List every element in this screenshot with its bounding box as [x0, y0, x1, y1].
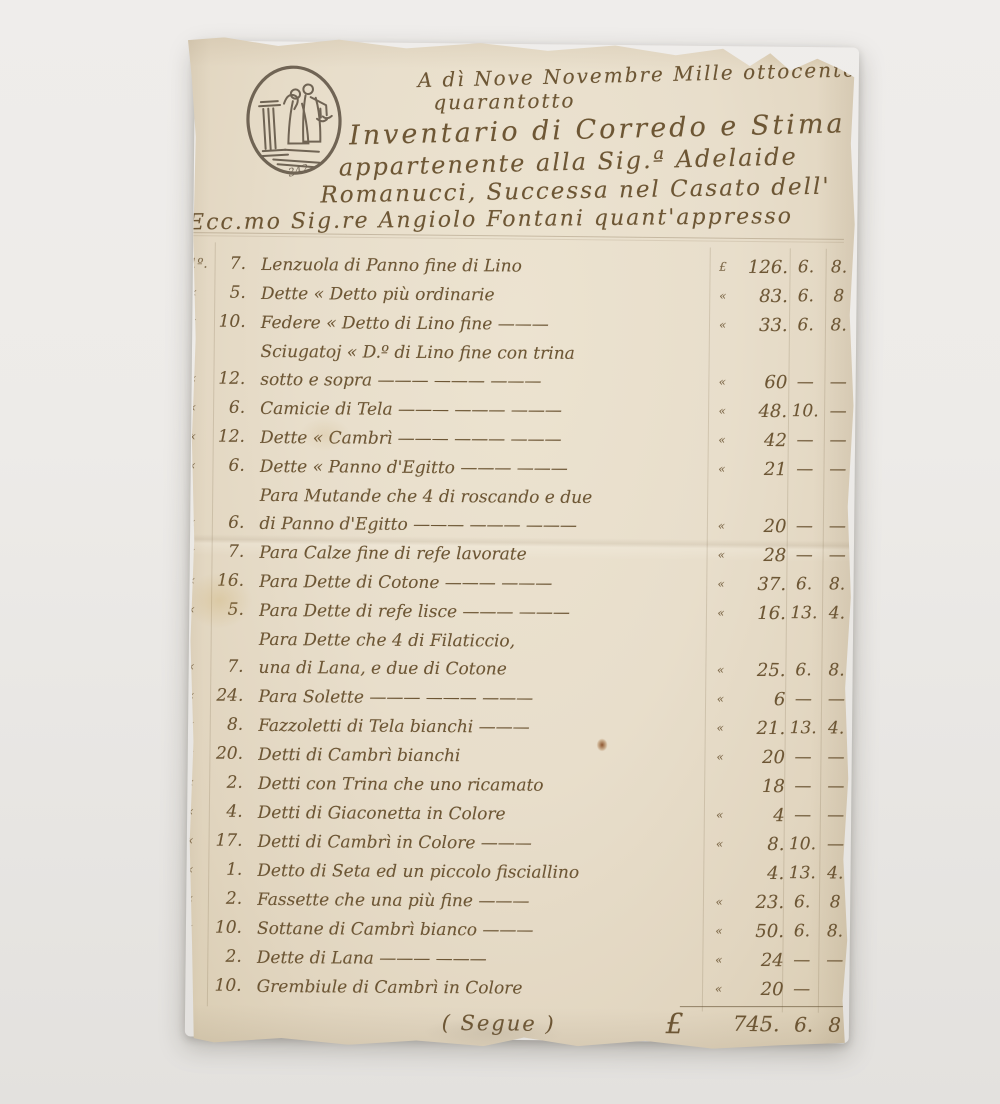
table-row: «12.Dette « Cambrì ——— ——— ———«42—— [179, 422, 853, 455]
table-row: «6.Dette « Panno d'Egitto ——— ———«21—— [179, 451, 853, 484]
row-lire: 25. [733, 656, 785, 685]
row-quantity: 5. [202, 596, 244, 625]
table-row: «6.Camicie di Tela ——— ——— ———«48.10.— [179, 393, 853, 426]
header-date-line-2: quarantotto [433, 88, 576, 114]
row-currency-ditto: « [706, 888, 732, 917]
row-denari: — [823, 368, 853, 397]
row-lire: 20 [732, 975, 784, 1004]
row-quantity: 6. [202, 509, 244, 538]
header-rule [188, 232, 844, 243]
row-soldi: — [786, 541, 822, 570]
row-lire: 21. [733, 714, 785, 743]
row-description: Fazzoletti di Tela bianchi ——— [258, 712, 707, 743]
row-soldi: — [785, 801, 821, 830]
row-denari: 4. [822, 599, 852, 628]
row-description: Sottane di Cambrì bianco ——— [257, 915, 706, 946]
row-denari: 8. [824, 253, 854, 282]
row-lire: 8. [732, 830, 784, 859]
table-row: «16.Para Dette di Cotone ——— ———«37.6.8. [178, 566, 852, 599]
row-denari: — [822, 541, 852, 570]
row-currency-ditto: « [707, 656, 733, 685]
row-description: Dette di Lana ——— ——— [257, 944, 706, 975]
row-currency-ditto: « [709, 397, 735, 426]
row-soldi: — [784, 975, 820, 1004]
row-description: Fassette che una più fine ——— [257, 886, 706, 917]
row-denari: 8. [822, 570, 852, 599]
table-row: «10.Grembiule di Cambrì in Colore«20— [176, 971, 850, 1004]
table-row: «24.Para Solette ——— ——— ———«6—— [177, 681, 851, 714]
row-lire: 4 [733, 801, 785, 830]
table-row: «10.Federe « Detto di Lino fine ———«33.6… [180, 307, 854, 340]
row-quantity: 10. [204, 308, 246, 337]
table-row: «20.Detti di Cambrì bianchi«20—— [177, 739, 851, 772]
row-lire: 28 [734, 541, 786, 570]
table-row: «2.Dette di Lana ——— ———«24—— [176, 942, 850, 975]
row-soldi: 6. [784, 917, 820, 946]
row-soldi: — [787, 426, 823, 455]
row-currency-ditto: « [707, 743, 733, 772]
row-currency-ditto: « [709, 455, 735, 484]
row-lire: 126. [736, 253, 788, 282]
row-description: Para Dette di Cotone ——— ——— [259, 568, 708, 599]
row-quantity: 10. [200, 972, 242, 1001]
row-denari: 8. [824, 311, 854, 340]
row-lire: 83. [736, 282, 788, 311]
table-row: 1º.7.Lenzuola di Panno fine di Lino£126.… [180, 249, 854, 282]
row-lire: 20 [734, 512, 786, 541]
row-soldi: 13. [784, 859, 820, 888]
row-denari: — [823, 397, 853, 426]
row-quantity: 5. [204, 279, 246, 308]
row-quantity: 20. [201, 740, 243, 769]
row-description: Detti di Cambrì in Colore ——— [257, 828, 706, 859]
table-row: «7.Para Calze fine di refe lavorate«28—— [178, 537, 852, 570]
row-lire: 16. [734, 599, 786, 628]
row-description: Detti con Trina che uno ricamato [258, 770, 707, 801]
row-lire: 18 [733, 772, 785, 801]
row-currency-ditto: « [706, 917, 732, 946]
row-soldi: 13. [785, 714, 821, 743]
row-currency-ditto: « [706, 830, 732, 859]
table-row: «8.Fazzoletti di Tela bianchi ———«21.13.… [177, 710, 851, 743]
row-lire: 48. [735, 397, 787, 426]
row-denari: — [821, 772, 851, 801]
row-currency-ditto: « [710, 282, 736, 311]
row-lire: 21 [735, 455, 787, 484]
inventory-table: 1º.7.Lenzuola di Panno fine di Lino£126.… [176, 249, 855, 1004]
row-soldi: 6. [788, 253, 824, 282]
row-soldi: — [785, 772, 821, 801]
table-row: «2.Detti con Trina che uno ricamato18—— [177, 768, 851, 801]
row-quantity: 6. [203, 452, 245, 481]
row-description: Para Calze fine di refe lavorate [259, 539, 708, 570]
table-row: «1.Detto di Seta ed un piccolo fiscialli… [176, 855, 850, 888]
row-description: Camicie di Tela ——— ——— ——— [260, 395, 709, 426]
table-row: «5.Dette « Detto più ordinarie«83.6.8 [180, 278, 854, 311]
row-currency-ditto: « [706, 975, 732, 1004]
row-soldi: — [787, 368, 823, 397]
row-soldi: 10. [784, 830, 820, 859]
row-currency-ditto: « [709, 368, 735, 397]
total-lire: 745. [718, 1012, 780, 1037]
row-description: Detti di Cambrì bianchi [258, 741, 707, 772]
row-soldi: — [784, 946, 820, 975]
row-quantity: 7. [201, 653, 243, 682]
row-description: Para Dette che 4 di Filaticcio,una di La… [258, 626, 707, 685]
row-denari: — [823, 455, 853, 484]
row-soldi: — [786, 512, 822, 541]
table-row: «4.Detti di Giaconetta in Colore«4—— [177, 797, 851, 830]
row-quantity: 7. [202, 538, 244, 567]
row-description: Dette « Panno d'Egitto ——— ——— [260, 453, 709, 484]
row-soldi: — [785, 743, 821, 772]
row-lire: 60 [735, 368, 787, 397]
row-soldi: 6. [786, 570, 822, 599]
document-paper: 342 A dì Nove Novembre Mille ottocento q… [173, 36, 858, 1051]
row-denari: 8 [824, 282, 854, 311]
row-soldi: 6. [785, 656, 821, 685]
table-row: «7.Para Dette che 4 di Filaticcio,una di… [177, 624, 851, 685]
table-row: «5.Para Dette di refe lisce ——— ———«16.1… [178, 595, 852, 628]
row-quantity: 4. [201, 798, 243, 827]
row-denari: 8. [820, 917, 850, 946]
row-currency-ditto: £ [710, 253, 736, 282]
row-description: Federe « Detto di Lino fine ——— [261, 309, 710, 340]
row-description: Para Dette di refe lisce ——— ——— [259, 597, 708, 628]
row-currency-ditto: « [707, 801, 733, 830]
row-description: Lenzuola di Panno fine di Lino [261, 251, 710, 282]
total-soldi: 6. [790, 1012, 818, 1036]
row-description: Para Mutande che 4 di roscando e duedi P… [259, 482, 708, 541]
row-quantity: 8. [201, 711, 243, 740]
justice-stamp-icon: 342 [238, 60, 351, 184]
row-denari: — [821, 743, 851, 772]
row-lire: 42 [735, 426, 787, 455]
row-description: Para Solette ——— ——— ——— [258, 683, 707, 714]
row-currency-ditto: « [708, 512, 734, 541]
row-quantity: 2. [200, 943, 242, 972]
total-row: ( Segue ) £ 745. 6. 8 [173, 1004, 847, 1047]
row-denari: — [822, 512, 852, 541]
table-row: «6.Para Mutande che 4 di roscando e dued… [178, 480, 852, 541]
row-quantity: 2. [200, 885, 242, 914]
row-lire: 20 [733, 743, 785, 772]
row-soldi: 6. [788, 311, 824, 340]
row-quantity: 12. [203, 423, 245, 452]
row-soldi: 13. [786, 599, 822, 628]
row-currency-ditto: « [706, 946, 732, 975]
row-currency-ditto: « [710, 311, 736, 340]
row-currency-ditto: « [707, 685, 733, 714]
row-quantity: 17. [200, 827, 242, 856]
row-currency-ditto: « [708, 570, 734, 599]
total-rule [680, 1006, 846, 1007]
row-soldi: 6. [788, 282, 824, 311]
row-quantity: 1. [200, 856, 242, 885]
row-lire: 6 [733, 685, 785, 714]
row-lire: 50. [732, 917, 784, 946]
row-currency-ditto: « [708, 541, 734, 570]
row-lire: 24 [732, 946, 784, 975]
photo-background: 342 A dì Nove Novembre Mille ottocento q… [0, 0, 1000, 1104]
row-quantity: 24. [201, 682, 243, 711]
total-currency-symbol: £ [666, 1007, 684, 1040]
row-quantity: 6. [203, 394, 245, 423]
row-quantity: 12. [203, 365, 245, 394]
stamp-number: 342 [287, 161, 311, 179]
table-row: «10.Sottane di Cambrì bianco ———«50.6.8. [176, 913, 850, 946]
row-quantity: 16. [202, 567, 244, 596]
table-row: «12.Sciugatoj « D.º di Lino fine con tri… [179, 336, 853, 397]
row-lire: 37. [734, 570, 786, 599]
row-description: Detti di Giaconetta in Colore [258, 799, 707, 830]
row-description: Detto di Seta ed un piccolo fisciallino [257, 857, 706, 888]
row-description: Dette « Cambrì ——— ——— ——— [260, 424, 709, 455]
row-denari: — [823, 426, 853, 455]
row-currency-ditto: « [709, 426, 735, 455]
header-subtitle-3: Ecc.mo Sig.re Angiolo Fontani quant'appr… [188, 204, 793, 235]
row-lire: 4. [732, 859, 784, 888]
table-row: «2.Fassette che una più fine ———«23.6.8 [176, 884, 850, 917]
row-quantity: 2. [201, 769, 243, 798]
row-lire: 23. [732, 888, 784, 917]
row-currency-ditto: « [708, 599, 734, 628]
row-soldi: — [785, 685, 821, 714]
continuation-label: ( Segue ) [442, 1011, 556, 1036]
row-lire: 33. [736, 311, 788, 340]
row-currency-ditto: « [707, 714, 733, 743]
row-soldi: 6. [784, 888, 820, 917]
row-description: Grembiule di Cambrì in Colore [257, 973, 706, 1004]
row-quantity: 7. [204, 250, 246, 279]
row-soldi: 10. [787, 397, 823, 426]
row-soldi: — [787, 455, 823, 484]
row-description: Sciugatoj « D.º di Lino fine con trinaso… [260, 338, 709, 397]
row-description: Dette « Detto più ordinarie [261, 280, 710, 311]
table-row: «17.Detti di Cambrì in Colore ———«8.10.— [176, 826, 850, 859]
row-quantity: 10. [200, 914, 242, 943]
